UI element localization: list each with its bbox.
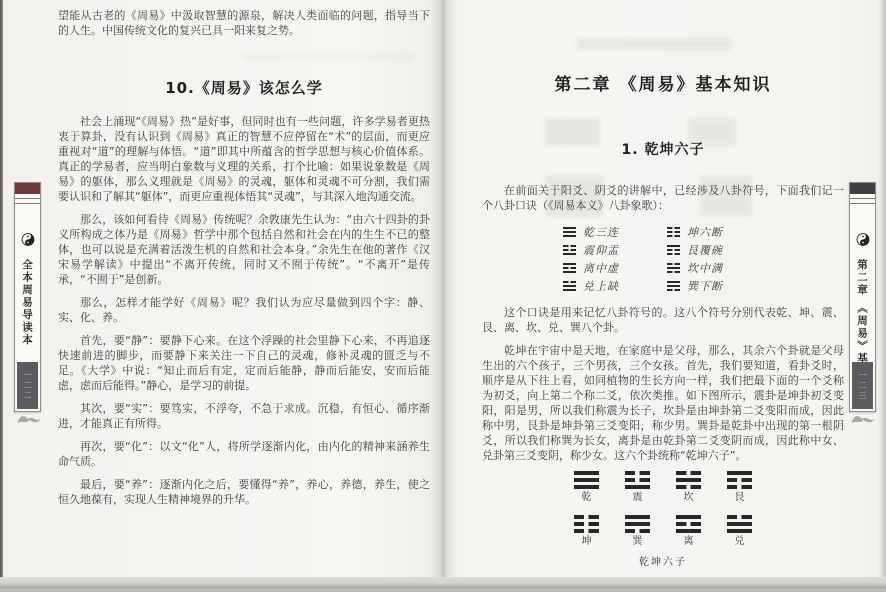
trigram-label: 乾 [582,492,592,504]
cloud-ornament-icon [16,413,42,425]
figure-row: 乾 震 坎 艮 [482,471,844,504]
paragraph: 那么，怎样才能学好《周易》呢？我们认为应尽量做到四个字：静、实、化、养。 [58,295,430,325]
left-page-content: 望能从古老的《周易》中汲取智慧的源泉，解决人类面临的问题，指导当下的人生。中国传… [58,8,430,515]
mnemonic-row: 震仰盂 艮覆碗 [563,241,763,259]
paragraph: 乾坤在宇宙中是天地，在家庭中是父母，那么，其余六个卦就是父母生出的六个孩子，三个… [482,343,844,463]
rule-line [15,198,40,199]
left-page: 望能从古老的《周易》中汲取智慧的源泉，解决人类面临的问题，指导当下的人生。中国传… [3,0,443,577]
trigram-kan-icon [676,471,701,489]
figure-cell: 巽 [621,515,655,548]
paragraph: 在前面关于阳爻、阴爻的讲解中，已经涉及八卦符号，下面我们记一个八卦口诀（《周易本… [482,183,844,213]
trigram-kun-icon [667,227,680,237]
figure-cell: 离 [672,515,706,548]
mnemonic-label: 兑上缺 [583,279,619,294]
left-margin-tab: 全本周易导读本 一二二 [14,182,41,412]
trigram-qian-icon [563,227,576,237]
mnemonic-row: 兑上缺 巽下断 [563,277,763,295]
mnemonic-row: 乾三连 坤六断 [563,223,763,241]
paragraph: 其次，要“实”：要笃实，不浮夸，不急于求成。沉稳，有恒心、循序渐进，才能真正有所… [58,401,430,431]
mnemonic-label: 艮覆碗 [687,243,723,258]
rule-line [850,198,875,199]
figure-cell: 坤 [570,515,604,548]
figure-caption: 乾坤六子 [482,555,844,570]
trigram-zhen-icon [563,245,576,255]
figure-row: 坤 巽 离 兑 [482,515,844,548]
taiji-icon [21,233,34,246]
qiankun-liuzi-figure: 乾 震 坎 艮 坤 巽 离 兑 乾坤六子 [482,471,844,570]
mnemonic-label: 震仰盂 [583,243,619,258]
trigram-kan-icon [667,263,680,273]
trigram-label: 坎 [684,492,694,504]
right-page: 第二章 《周易》基本知识 1. 乾坤六子 在前面关于阳爻、阴爻的讲解中，已经涉及… [443,0,883,577]
bagua-mnemonic-list: 乾三连 坤六断 震仰盂 艮覆碗 离中虚 坎中满 兑上缺 巽下断 [563,223,763,295]
trigram-label: 兑 [735,536,745,548]
trigram-kun-icon [574,515,599,533]
right-margin-tab: 第二章 《周易》基本知识 一二三 [849,182,876,412]
page-stack-bottom-edge [0,577,886,592]
trigram-xun-icon [625,515,650,533]
trigram-label: 坤 [582,536,592,548]
figure-cell: 兑 [723,515,757,548]
taiji-icon [856,233,869,246]
mnemonic-label: 巽下断 [687,279,723,294]
trigram-xun-icon [667,281,680,291]
mnemonic-label: 离中虚 [583,261,619,276]
mnemonic-label: 坤六断 [687,225,723,240]
book-title-vertical: 全本周易导读本 [20,259,35,347]
paragraph: 这个口诀是用来记忆八卦符号的。这八个符号分别代表乾、坤、震、艮、离、坎、兑、巽八… [482,305,844,335]
page-number-badge: 一二三 [852,362,873,409]
paragraph: 那么，该如何看待《周易》传统呢？余敦康先生认为：“由六十四卦的卦义所构成之体乃是… [58,212,430,287]
section-heading: 1. 乾坤六子 [482,141,844,159]
trigram-label: 巽 [633,536,643,548]
trigram-gen-icon [727,471,752,489]
accent-block [15,183,40,194]
trigram-dui-icon [563,281,576,291]
accent-block [850,183,875,194]
trigram-gen-icon [667,245,680,255]
trigram-li-icon [563,263,576,273]
figure-cell: 乾 [570,471,604,504]
figure-cell: 艮 [723,471,757,504]
page-number-badge: 一二二 [17,362,38,409]
trigram-label: 艮 [735,492,745,504]
trigram-dui-icon [727,515,752,533]
paragraph: 最后，要“养”：逐渐内化之后，要懂得“养”，养心，养德，养生，使之恒久地葆有，实… [58,477,430,507]
paragraph: 再次，要“化”：以文“化”人，将所学逐渐内化，由内化的精神来涵养生命气质。 [58,439,430,469]
book-spine-edge [0,0,3,592]
rule-line [15,203,40,204]
paragraph: 首先，要“静”：要静下心来。在这个浮躁的社会里静下心来，不再追逐快速前进的脚步，… [58,333,430,393]
mnemonic-label: 乾三连 [583,225,619,240]
section-heading: 10.《周易》该怎么学 [58,78,430,98]
trigram-zhen-icon [625,471,650,489]
paragraph: 望能从古老的《周易》中汲取智慧的源泉，解决人类面临的问题，指导当下的人生。中国传… [58,8,430,38]
trigram-label: 震 [633,492,643,504]
trigram-qian-icon [574,471,599,489]
trigram-li-icon [676,515,701,533]
mnemonic-label: 坎中满 [687,261,723,276]
paragraph: 社会上涌现“《周易》热”是好事，但同时也有一些问题，许多学易者更热衷于算卦，没有… [58,114,430,204]
figure-cell: 震 [621,471,655,504]
right-page-content: 第二章 《周易》基本知识 1. 乾坤六子 在前面关于阳爻、阴爻的讲解中，已经涉及… [482,0,844,570]
trigram-label: 离 [684,536,694,548]
mnemonic-row: 离中虚 坎中满 [563,259,763,277]
rule-line [850,203,875,204]
cloud-ornament-icon [850,413,876,425]
chapter-heading: 第二章 《周易》基本知识 [482,74,844,96]
figure-cell: 坎 [672,471,706,504]
